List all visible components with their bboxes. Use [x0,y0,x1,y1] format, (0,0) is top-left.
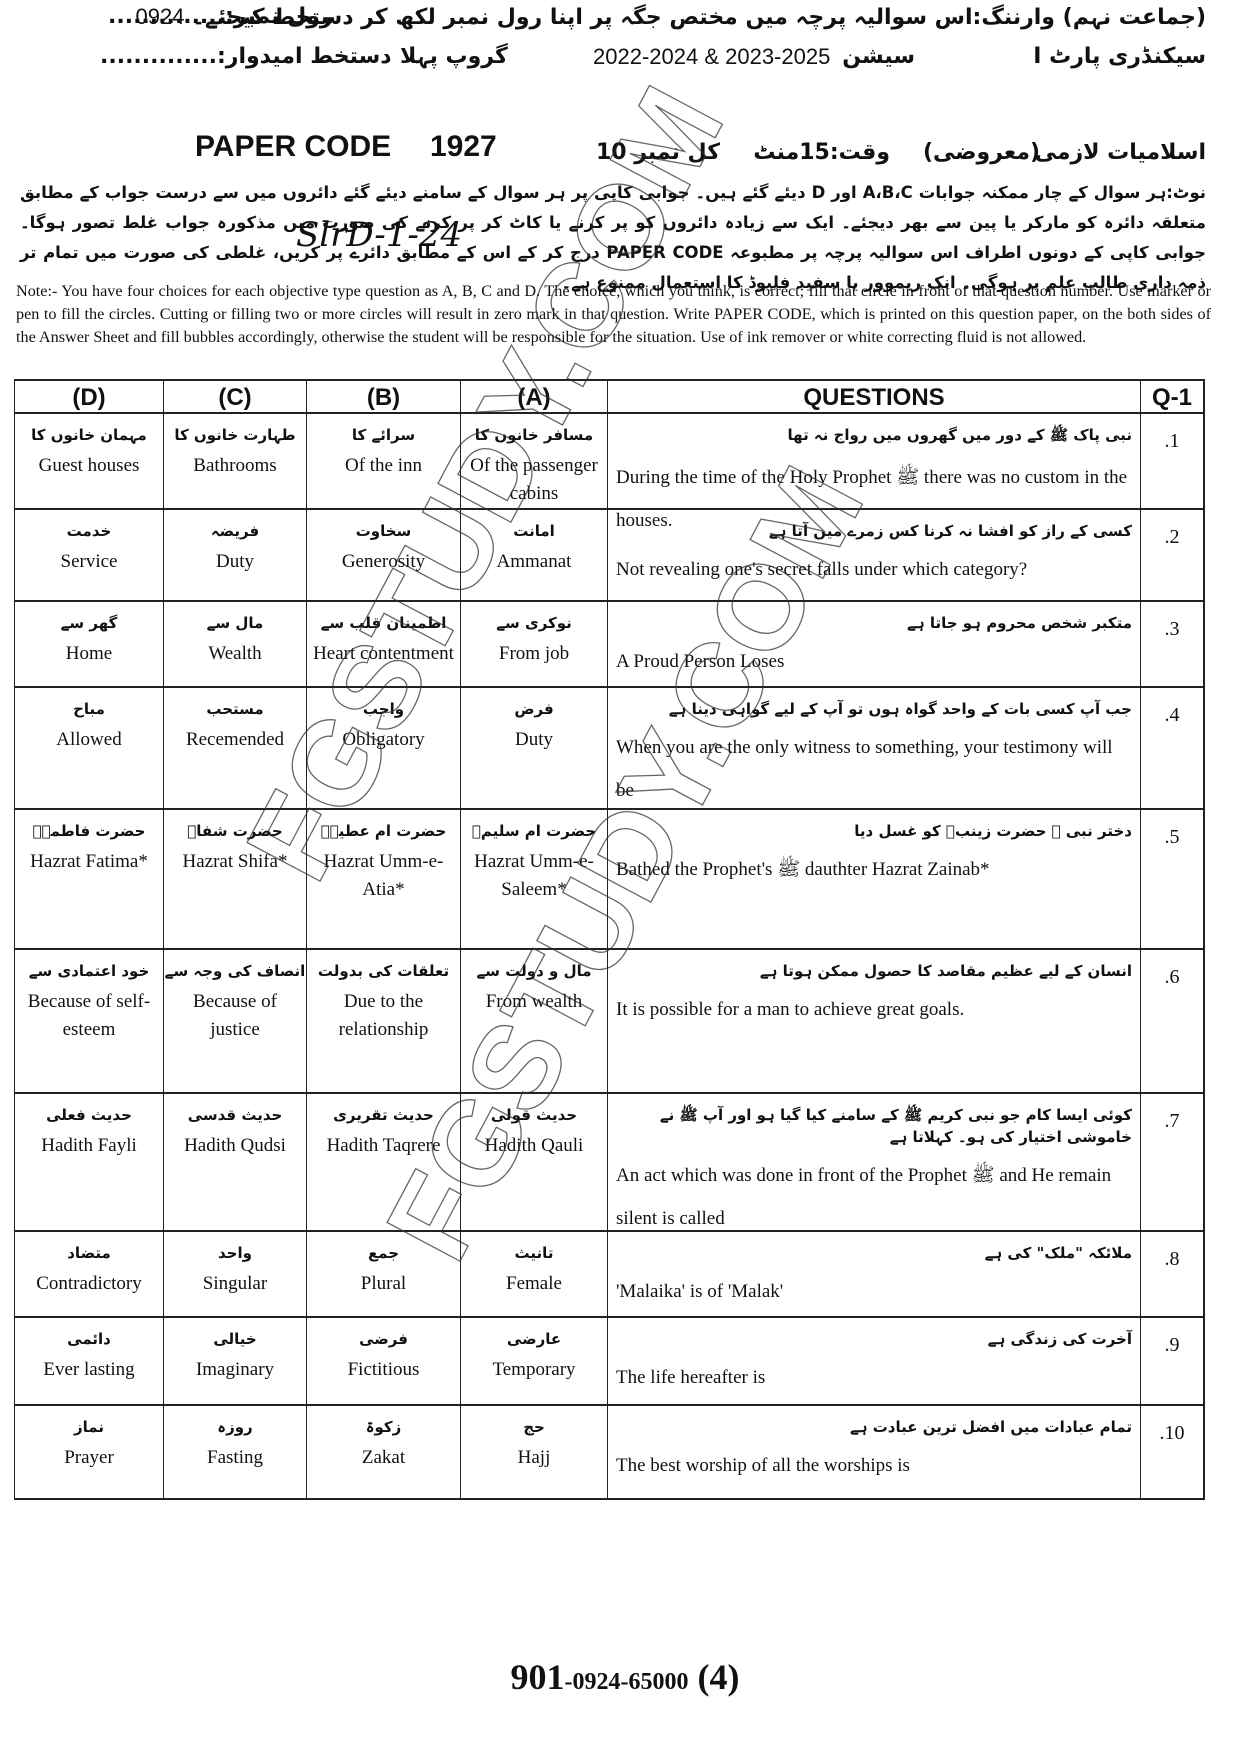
question-english: The best worship of all the worships is [608,1436,1140,1487]
question-urdu: متکبر شخص محروم ہو جاتا ہے [608,602,1140,632]
option-c-english: Fasting [164,1444,306,1472]
question-urdu: کسی کے راز کو افشا نہ کرنا کس زمرے میں آ… [608,510,1140,540]
option-c-urdu: مال سے [164,614,306,632]
option-c-cell: انصاف کی وجہ سےBecause of justice [163,950,306,1094]
option-c-cell: طہارت خانوں کاBathrooms [163,414,306,510]
question-urdu: کوئی ایسا کام جو نبی کریم ﷺ کے سامنے کیا… [608,1094,1140,1146]
header-questions: QUESTIONS [607,381,1140,414]
table-row: مباحAllowedمستحبRecemendedواجبObligatory… [14,686,1205,810]
option-a-english: From wealth [461,988,607,1016]
option-a-cell: فرضDuty [460,688,607,810]
question-english: Bathed the Prophet's ﷺ dauthter Hazrat Z… [608,840,1140,891]
option-b-cell: حضرت ام عطیہؓHazrat Umm-e-Atia* [306,810,460,950]
option-c-english: Imaginary [164,1356,306,1384]
time-allowed: وقت:15منٹ [753,140,890,165]
question-number: .8 [1141,1248,1203,1271]
option-a-english: Hadith Qauli [461,1132,607,1160]
option-c-cell: مستحبRecemended [163,688,306,810]
option-c-cell: خیالیImaginary [163,1318,306,1406]
option-b-cell: اطمینان قلب سےHeart contentment [306,602,460,688]
option-a-urdu: امانت [461,522,607,540]
question-number-cell: .3 [1140,602,1205,688]
question-number-cell: .10 [1140,1406,1205,1498]
question-urdu: دختر نبی ﷺ حضرت زینبؓ کو غسل دیا [608,810,1140,840]
option-b-cell: فرضیFictitious [306,1318,460,1406]
question-cell: جب آپ کسی بات کے واحد گواہ ہوں تو آپ کے … [607,688,1140,810]
option-a-urdu: مال و دولت سے [461,962,607,980]
question-english: An act which was done in front of the Pr… [608,1146,1140,1240]
question-number: .2 [1141,526,1203,549]
option-d-cell: گھر سےHome [14,602,163,688]
option-d-urdu: دائمی [15,1330,163,1348]
header-question-number: Q-1 [1140,381,1205,414]
option-a-urdu: مسافر خانوں کا [461,426,607,444]
session-years: 2022-2024 & 2023-2025 [593,44,830,70]
option-a-cell: امانتAmmanat [460,510,607,602]
class-label: (جماعت نہم) [1063,5,1206,30]
option-c-urdu: انصاف کی وجہ سے [164,962,306,980]
question-number: .6 [1141,966,1203,989]
option-d-english: Home [15,640,163,668]
option-a-english: Temporary [461,1356,607,1384]
option-d-cell: خود اعتمادی سےBecause of self-esteem [14,950,163,1094]
footer-code-mid: -0924-65000 [565,1669,689,1695]
question-cell: کسی کے راز کو افشا نہ کرنا کس زمرے میں آ… [607,510,1140,602]
table-row: دائمیEver lastingخیالیImaginaryفرضیFicti… [14,1316,1205,1406]
question-number-cell: .9 [1140,1318,1205,1406]
question-number-cell: .2 [1140,510,1205,602]
header-option-d: (D) [14,381,163,414]
question-urdu: انسان کے لیے عظیم مقاصد کا حصول ممکن ہوت… [608,950,1140,980]
question-number-cell: .5 [1140,810,1205,950]
option-d-english: Because of self-esteem [15,988,163,1044]
english-instructions: Note:- You have four choices for each ob… [16,280,1211,349]
table-row: حدیث فعلیHadith Fayliحدیث قدسیHadith Qud… [14,1092,1205,1232]
option-a-urdu: فرض [461,700,607,718]
question-english: Not revealing one's secret falls under w… [608,540,1140,591]
option-c-urdu: روزہ [164,1418,306,1436]
question-urdu: جب آپ کسی بات کے واحد گواہ ہوں تو آپ کے … [608,688,1140,718]
option-b-english: Generosity [307,548,460,576]
option-c-urdu: طہارت خانوں کا [164,426,306,444]
question-number-cell: .4 [1140,688,1205,810]
question-cell: آخرت کی زندگی ہےThe life hereafter is [607,1318,1140,1406]
option-d-cell: حضرت فاطمہؓHazrat Fatima* [14,810,163,950]
question-urdu: آخرت کی زندگی ہے [608,1318,1140,1348]
option-a-english: Female [461,1270,607,1298]
paper-code-value: 1927 [430,130,497,164]
option-b-urdu: سخاوت [307,522,460,540]
option-b-urdu: واجب [307,700,460,718]
option-b-urdu: حضرت ام عطیہؓ [307,822,460,840]
question-cell: ملائکہ "ملک" کی ہے'Malaika' is of 'Malak… [607,1232,1140,1318]
option-d-english: Prayer [15,1444,163,1472]
option-b-english: Zakat [307,1444,460,1472]
option-c-urdu: خیالی [164,1330,306,1348]
option-c-cell: فریضہDuty [163,510,306,602]
option-b-english: Plural [307,1270,460,1298]
table-row: حضرت فاطمہؓHazrat Fatima*حضرت شفاؓHazrat… [14,808,1205,950]
option-b-urdu: اطمینان قلب سے [307,614,460,632]
question-cell: نبی پاک ﷺ کے دور میں گھروں میں رواج نہ ت… [607,414,1140,510]
option-d-urdu: مہمان خانوں کا [15,426,163,444]
question-number-cell: .6 [1140,950,1205,1094]
option-d-urdu: حدیث فعلی [15,1106,163,1124]
option-c-cell: واحدSingular [163,1232,306,1318]
option-d-cell: مہمان خانوں کاGuest houses [14,414,163,510]
option-d-cell: دائمیEver lasting [14,1318,163,1406]
question-english: The life hereafter is [608,1348,1140,1399]
option-b-english: Heart contentment [307,640,460,668]
option-b-urdu: حدیث تقریری [307,1106,460,1124]
session-label: سیشن [842,44,915,69]
option-d-cell: مباحAllowed [14,688,163,810]
option-d-urdu: خود اعتمادی سے [15,962,163,980]
question-cell: کوئی ایسا کام جو نبی کریم ﷺ کے سامنے کیا… [607,1094,1140,1232]
roll-number-field[interactable]: رول نمبر:.............. [108,4,333,29]
question-number: .1 [1141,430,1203,453]
header-option-c: (C) [163,381,306,414]
option-b-english: Obligatory [307,726,460,754]
option-c-urdu: حضرت شفاؓ [164,822,306,840]
option-b-english: Due to the relationship [307,988,460,1044]
option-a-english: Ammanat [461,548,607,576]
option-a-cell: حدیث قولیHadith Qauli [460,1094,607,1232]
handwritten-mark: SlrD-1-24 [296,215,462,255]
option-a-urdu: عارضی [461,1330,607,1348]
option-c-cell: حدیث قدسیHadith Qudsi [163,1094,306,1232]
question-cell: انسان کے لیے عظیم مقاصد کا حصول ممکن ہوت… [607,950,1140,1094]
option-d-english: Ever lasting [15,1356,163,1384]
question-english: It is possible for a man to achieve grea… [608,980,1140,1031]
option-a-english: Duty [461,726,607,754]
table-header-row: (D) (C) (B) (A) QUESTIONS Q-1 [14,379,1205,414]
table-row: خدمتServiceفریضہDutyسخاوتGenerosityامانت… [14,508,1205,602]
option-b-english: Of the inn [307,452,460,480]
option-a-cell: تانیثFemale [460,1232,607,1318]
question-number: .7 [1141,1110,1203,1133]
table-row: نمازPrayerروزہFastingزکوۃZakatحجHajjتمام… [14,1404,1205,1500]
option-c-english: Hadith Qudsi [164,1132,306,1160]
option-a-urdu: حدیث قولی [461,1106,607,1124]
question-number-cell: .8 [1140,1232,1205,1318]
paper-type: (معروضی) [923,140,1040,165]
option-b-cell: واجبObligatory [306,688,460,810]
option-c-cell: مال سےWealth [163,602,306,688]
question-urdu: تمام عبادات میں افضل ترین عبادت ہے [608,1406,1140,1436]
footer-page: (4) [698,1657,740,1697]
option-c-english: Because of justice [164,988,306,1044]
option-a-english: Of the passenger cabins [461,452,607,508]
question-number: .4 [1141,704,1203,727]
option-d-cell: خدمتService [14,510,163,602]
option-c-urdu: واحد [164,1244,306,1262]
option-a-urdu: تانیث [461,1244,607,1262]
option-c-english: Duty [164,548,306,576]
option-a-cell: مال و دولت سےFrom wealth [460,950,607,1094]
option-a-cell: عارضیTemporary [460,1318,607,1406]
question-cell: متکبر شخص محروم ہو جاتا ہےA Proud Person… [607,602,1140,688]
footer-code-start: 901 [511,1657,565,1697]
group-label: گروپ پہلا [400,44,508,69]
option-b-cell: زکوۃZakat [306,1406,460,1498]
option-d-cell: حدیث فعلیHadith Fayli [14,1094,163,1232]
option-c-english: Bathrooms [164,452,306,480]
subject-title: اسلامیات لازمی [1035,140,1206,165]
option-a-cell: نوکری سےFrom job [460,602,607,688]
question-number: .10 [1141,1422,1203,1445]
header-option-a: (A) [460,381,607,414]
option-a-english: Hajj [461,1444,607,1472]
option-b-cell: تعلقات کی بدولتDue to the relationship [306,950,460,1094]
option-c-english: Singular [164,1270,306,1298]
option-d-english: Contradictory [15,1270,163,1298]
option-d-urdu: متضاد [15,1244,163,1262]
option-d-english: Guest houses [15,452,163,480]
option-d-english: Allowed [15,726,163,754]
option-b-urdu: تعلقات کی بدولت [307,962,460,980]
option-a-cell: حضرت ام سلیمؓHazrat Umm-e-Saleem* [460,810,607,950]
table-row: خود اعتمادی سےBecause of self-esteemانصا… [14,948,1205,1094]
option-a-urdu: نوکری سے [461,614,607,632]
table-row: متضادContradictoryواحدSingularجمعPluralت… [14,1230,1205,1318]
option-b-cell: جمعPlural [306,1232,460,1318]
option-b-english: Hazrat Umm-e-Atia* [307,848,460,904]
candidate-signature-field[interactable]: دستخط امیدوار:.............. [100,44,392,69]
option-b-urdu: زکوۃ [307,1418,460,1436]
option-b-cell: سرائے کاOf the inn [306,414,460,510]
paper-code-label: PAPER CODE [195,130,391,164]
question-english: When you are the only witness to somethi… [608,718,1140,812]
option-b-cell: حدیث تقریریHadith Taqrere [306,1094,460,1232]
option-c-urdu: حدیث قدسی [164,1106,306,1124]
option-d-english: Hazrat Fatima* [15,848,163,876]
table-row: مہمان خانوں کاGuest housesطہارت خانوں کا… [14,412,1205,510]
option-d-urdu: حضرت فاطمہؓ [15,822,163,840]
option-d-cell: نمازPrayer [14,1406,163,1498]
option-c-urdu: فریضہ [164,522,306,540]
option-d-english: Hadith Fayli [15,1132,163,1160]
option-b-urdu: فرضی [307,1330,460,1348]
option-a-cell: مسافر خانوں کاOf the passenger cabins [460,414,607,510]
option-a-english: From job [461,640,607,668]
option-d-urdu: نماز [15,1418,163,1436]
option-c-cell: روزہFasting [163,1406,306,1498]
option-b-english: Hadith Taqrere [307,1132,460,1160]
question-number: .3 [1141,618,1203,641]
option-c-english: Recemended [164,726,306,754]
option-a-urdu: حضرت ام سلیمؓ [461,822,607,840]
option-c-cell: حضرت شفاؓHazrat Shifa* [163,810,306,950]
option-d-urdu: مباح [15,700,163,718]
option-c-urdu: مستحب [164,700,306,718]
question-number: .9 [1141,1334,1203,1357]
option-b-urdu: جمع [307,1244,460,1262]
option-d-urdu: خدمت [15,522,163,540]
footer-code: 901-0924-65000 (4) [0,1656,1250,1698]
question-number: .5 [1141,826,1203,849]
option-c-english: Wealth [164,640,306,668]
option-c-english: Hazrat Shifa* [164,848,306,876]
option-b-english: Fictitious [307,1356,460,1384]
question-english: A Proud Person Loses [608,632,1140,683]
option-a-urdu: حج [461,1418,607,1436]
option-a-english: Hazrat Umm-e-Saleem* [461,848,607,904]
option-d-cell: متضادContradictory [14,1232,163,1318]
question-english: 'Malaika' is of 'Malak' [608,1262,1140,1313]
level-label: سیکنڈری پارٹ I [1033,44,1206,69]
option-b-cell: سخاوتGenerosity [306,510,460,602]
question-number-cell: .1 [1140,414,1205,510]
option-d-urdu: گھر سے [15,614,163,632]
question-number-cell: .7 [1140,1094,1205,1232]
header-option-b: (B) [306,381,460,414]
question-cell: دختر نبی ﷺ حضرت زینبؓ کو غسل دیاBathed t… [607,810,1140,950]
option-a-cell: حجHajj [460,1406,607,1498]
question-cell: تمام عبادات میں افضل ترین عبادت ہےThe be… [607,1406,1140,1498]
total-marks: کل نمبر 10 [596,140,720,165]
question-urdu: نبی پاک ﷺ کے دور میں گھروں میں رواج نہ ت… [608,414,1140,448]
table-row: گھر سےHomeمال سےWealthاطمینان قلب سےHear… [14,600,1205,688]
option-d-english: Service [15,548,163,576]
option-b-urdu: سرائے کا [307,426,460,444]
question-urdu: ملائکہ "ملک" کی ہے [608,1232,1140,1262]
